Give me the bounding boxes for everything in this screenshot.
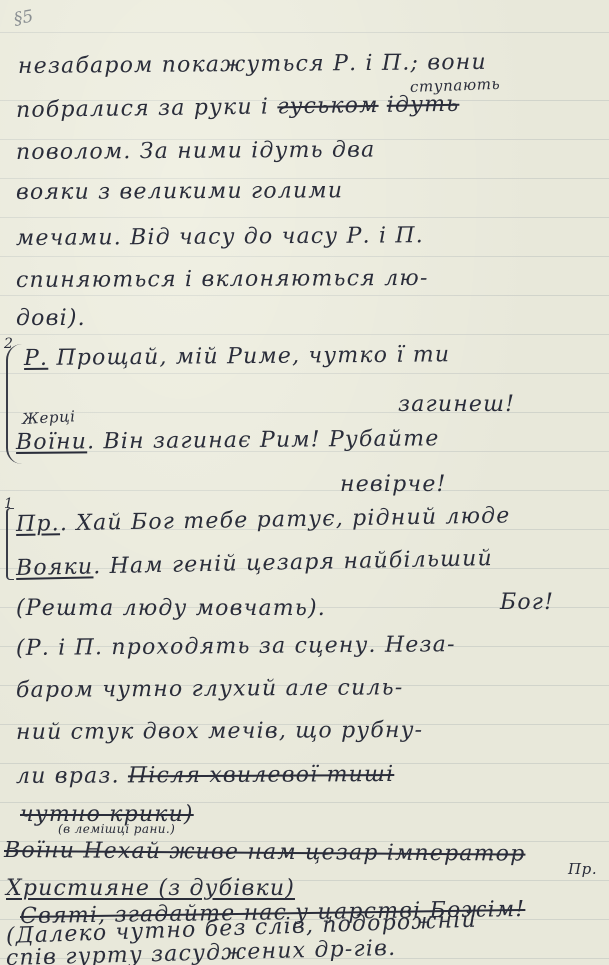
speaker-name: Пр. — [16, 511, 60, 537]
text-line: мечами. Від часу до часу Р. і П. — [16, 223, 424, 251]
line-text: . Він загинає Рим! Рубайте — [87, 426, 440, 454]
line-text: . Нам геній цезаря найбільший — [93, 546, 493, 579]
struck-text: Після хвилевої тиші — [128, 762, 394, 788]
line-text: вояки з великими голими — [16, 178, 343, 205]
speaker-name: Р. — [24, 346, 48, 371]
line-text: Бог! — [500, 590, 554, 615]
struck-text: Воїни Нехай живе нам цезар імператор — [4, 838, 526, 867]
line-text: загинеш! — [398, 392, 515, 417]
dialogue-line: Пр.. Хай Бог тебе ратує, рідний люде — [16, 503, 511, 537]
inserted-speaker: Жерці — [22, 407, 76, 428]
struck-word: гуськом — [277, 93, 379, 119]
text-line: поволом. За ними ідуть два — [16, 137, 376, 165]
insertion-above-line: Жерці — [22, 407, 76, 428]
text-line: Воїни Нехай живе нам цезар імператор — [4, 838, 526, 867]
text-line: невірче! — [340, 472, 447, 497]
text-line: загинеш! — [398, 392, 515, 417]
line-text: Пр. — [568, 860, 597, 878]
line-text: поволом. За ними ідуть два — [16, 137, 376, 165]
struck-speaker-name: Воїни — [16, 429, 87, 455]
text-line: побралися за руки і гуськом ідуть — [16, 92, 460, 123]
text-line: Християне (з дубівки) — [6, 876, 295, 901]
text-line-tail: Бог! — [500, 590, 554, 615]
page-number-mark: §5 — [12, 6, 35, 29]
speaker-abbreviation: Пр. — [568, 860, 597, 878]
dialogue-line: Р. Прощай, мій Риме, чутко ї ти — [24, 342, 450, 371]
text-line: спиняються і вклоняються лю- — [16, 266, 429, 293]
line-text: незабаром покажуться Р. і П.; вони — [18, 50, 487, 79]
dialogue-line: Вояки. Нам геній цезаря найбільший — [16, 546, 493, 581]
line-text: дові). — [16, 306, 86, 331]
text-line: баром чутно глухий але силь- — [16, 675, 404, 703]
manuscript-page: §5 незабаром покажуться Р. і П.; вони ст… — [0, 0, 609, 965]
line-text: мечами. Від часу до часу Р. і П. — [16, 223, 424, 251]
text-line: ний стук двох мечів, що рубну- — [16, 718, 423, 745]
line-text: . Хай Бог тебе ратує, рідний люде — [60, 503, 511, 536]
struck-speaker-name: Християне (з дубівки) — [6, 876, 295, 901]
line-text: ний стук двох мечів, що рубну- — [16, 718, 423, 745]
line-text: (Решта люду мовчать). — [16, 596, 326, 621]
text-line: ли враз. Після хвилевої тиші — [16, 762, 394, 789]
line-text: невірче! — [340, 472, 447, 497]
line-text: Прощай, мій Риме, чутко ї ти — [56, 342, 450, 370]
text-line: вояки з великими голими — [16, 178, 343, 205]
margin-bracket — [6, 508, 14, 580]
dialogue-line: Воїни. Він загинає Рим! Рубайте — [16, 426, 440, 455]
line-text: баром чутно глухий але силь- — [16, 675, 404, 703]
line-text: спиняються і вклоняються лю- — [16, 266, 429, 293]
insertion-below-line: (в лемішці рани.) — [58, 822, 175, 836]
line-text: (Р. і П. проходять за сцену. Неза- — [16, 632, 456, 661]
inserted-text: (в лемішці рани.) — [58, 822, 175, 836]
line-text: ли враз. — [16, 763, 120, 789]
struck-word: ідуть — [387, 92, 460, 118]
text-line: (Р. і П. проходять за сцену. Неза- — [16, 632, 456, 661]
text-line: незабаром покажуться Р. і П.; вони — [18, 50, 487, 79]
line-text: побралися за руки і — [16, 94, 270, 123]
text-line: (Решта люду мовчать). — [16, 596, 326, 621]
speaker-name: Вояки — [16, 554, 94, 581]
text-line: дові). — [16, 306, 86, 331]
